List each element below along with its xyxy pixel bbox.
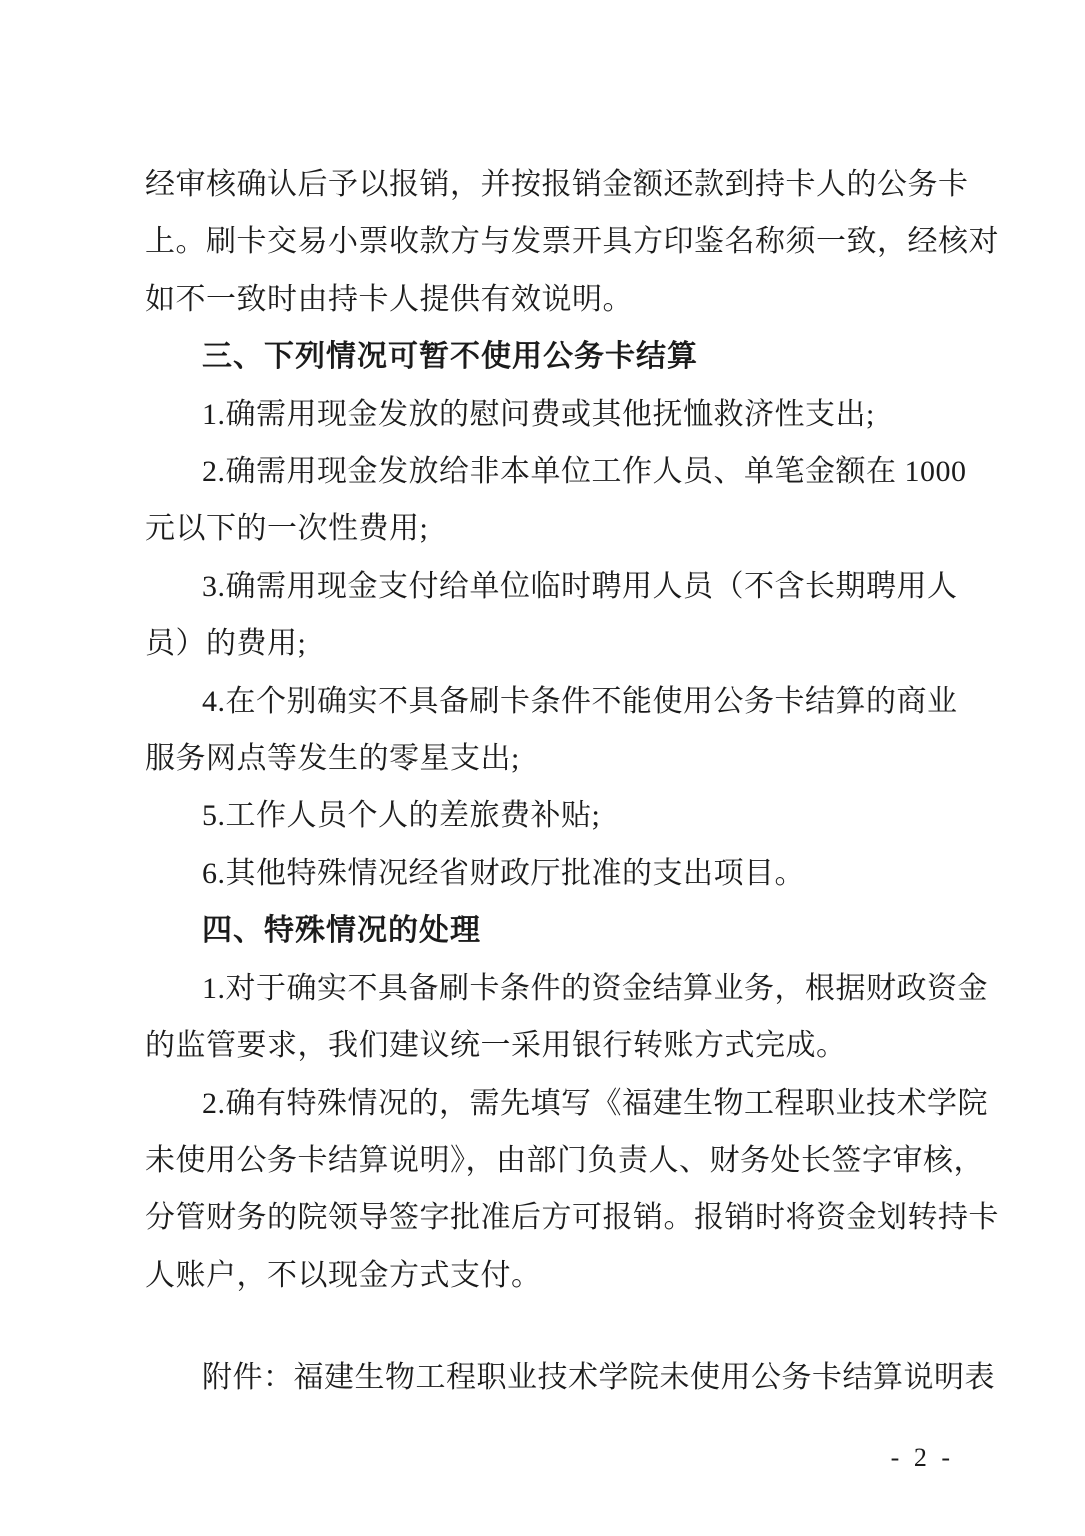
paragraph-2-line: 2.确有特殊情况的，需先填写《福建生物工程职业技术学院: [145, 1075, 957, 1132]
list-item-2: 2.确需用现金发放给非本单位工作人员、单笔金额在 1000: [145, 443, 957, 500]
paragraph-continuation-line: 上。刷卡交易小票收款方与发票开具方印鉴名称须一致，经核对: [145, 213, 957, 270]
paragraph-2-continuation: 未使用公务卡结算说明》，由部门负责人、财务处长签字审核，: [145, 1132, 957, 1189]
list-item-1: 1.确需用现金发放的慰问费或其他抚恤救济性支出;: [145, 386, 957, 443]
paragraph-2-continuation: 人账户，不以现金方式支付。: [145, 1247, 957, 1304]
section-heading-3: 三、下列情况可暂不使用公务卡结算: [145, 328, 957, 385]
paragraph-continuation-line: 如不一致时由持卡人提供有效说明。: [145, 271, 957, 328]
document-body: 经审核确认后予以报销，并按报销金额还款到持卡人的公务卡 上。刷卡交易小票收款方与…: [145, 156, 957, 1407]
list-item-6: 6.其他特殊情况经省财政厅批准的支出项目。: [145, 845, 957, 902]
paragraph-2-continuation: 分管财务的院领导签字批准后方可报销。报销时将资金划转持卡: [145, 1189, 957, 1246]
paragraph-1-line: 1.对于确实不具备刷卡条件的资金结算业务，根据财政资金: [145, 960, 957, 1017]
list-item-5: 5.工作人员个人的差旅费补贴;: [145, 787, 957, 844]
list-item-3-continuation: 员）的费用;: [145, 615, 957, 672]
document-page: 经审核确认后予以报销，并按报销金额还款到持卡人的公务卡 上。刷卡交易小票收款方与…: [0, 0, 1085, 1536]
list-item-2-continuation: 元以下的一次性费用;: [145, 500, 957, 557]
section-heading-4: 四、特殊情况的处理: [145, 902, 957, 959]
page-number: - 2 -: [891, 1443, 950, 1473]
attachment-line: 附件：福建生物工程职业技术学院未使用公务卡结算说明表: [145, 1349, 957, 1406]
list-item-3: 3.确需用现金支付给单位临时聘用人员（不含长期聘用人: [145, 558, 957, 615]
paragraph-1-continuation: 的监管要求，我们建议统一采用银行转账方式完成。: [145, 1017, 957, 1074]
paragraph-continuation-line: 经审核确认后予以报销，并按报销金额还款到持卡人的公务卡: [145, 156, 957, 213]
list-item-4: 4.在个别确实不具备刷卡条件不能使用公务卡结算的商业: [145, 673, 957, 730]
blank-line: [145, 1304, 957, 1349]
list-item-4-continuation: 服务网点等发生的零星支出;: [145, 730, 957, 787]
